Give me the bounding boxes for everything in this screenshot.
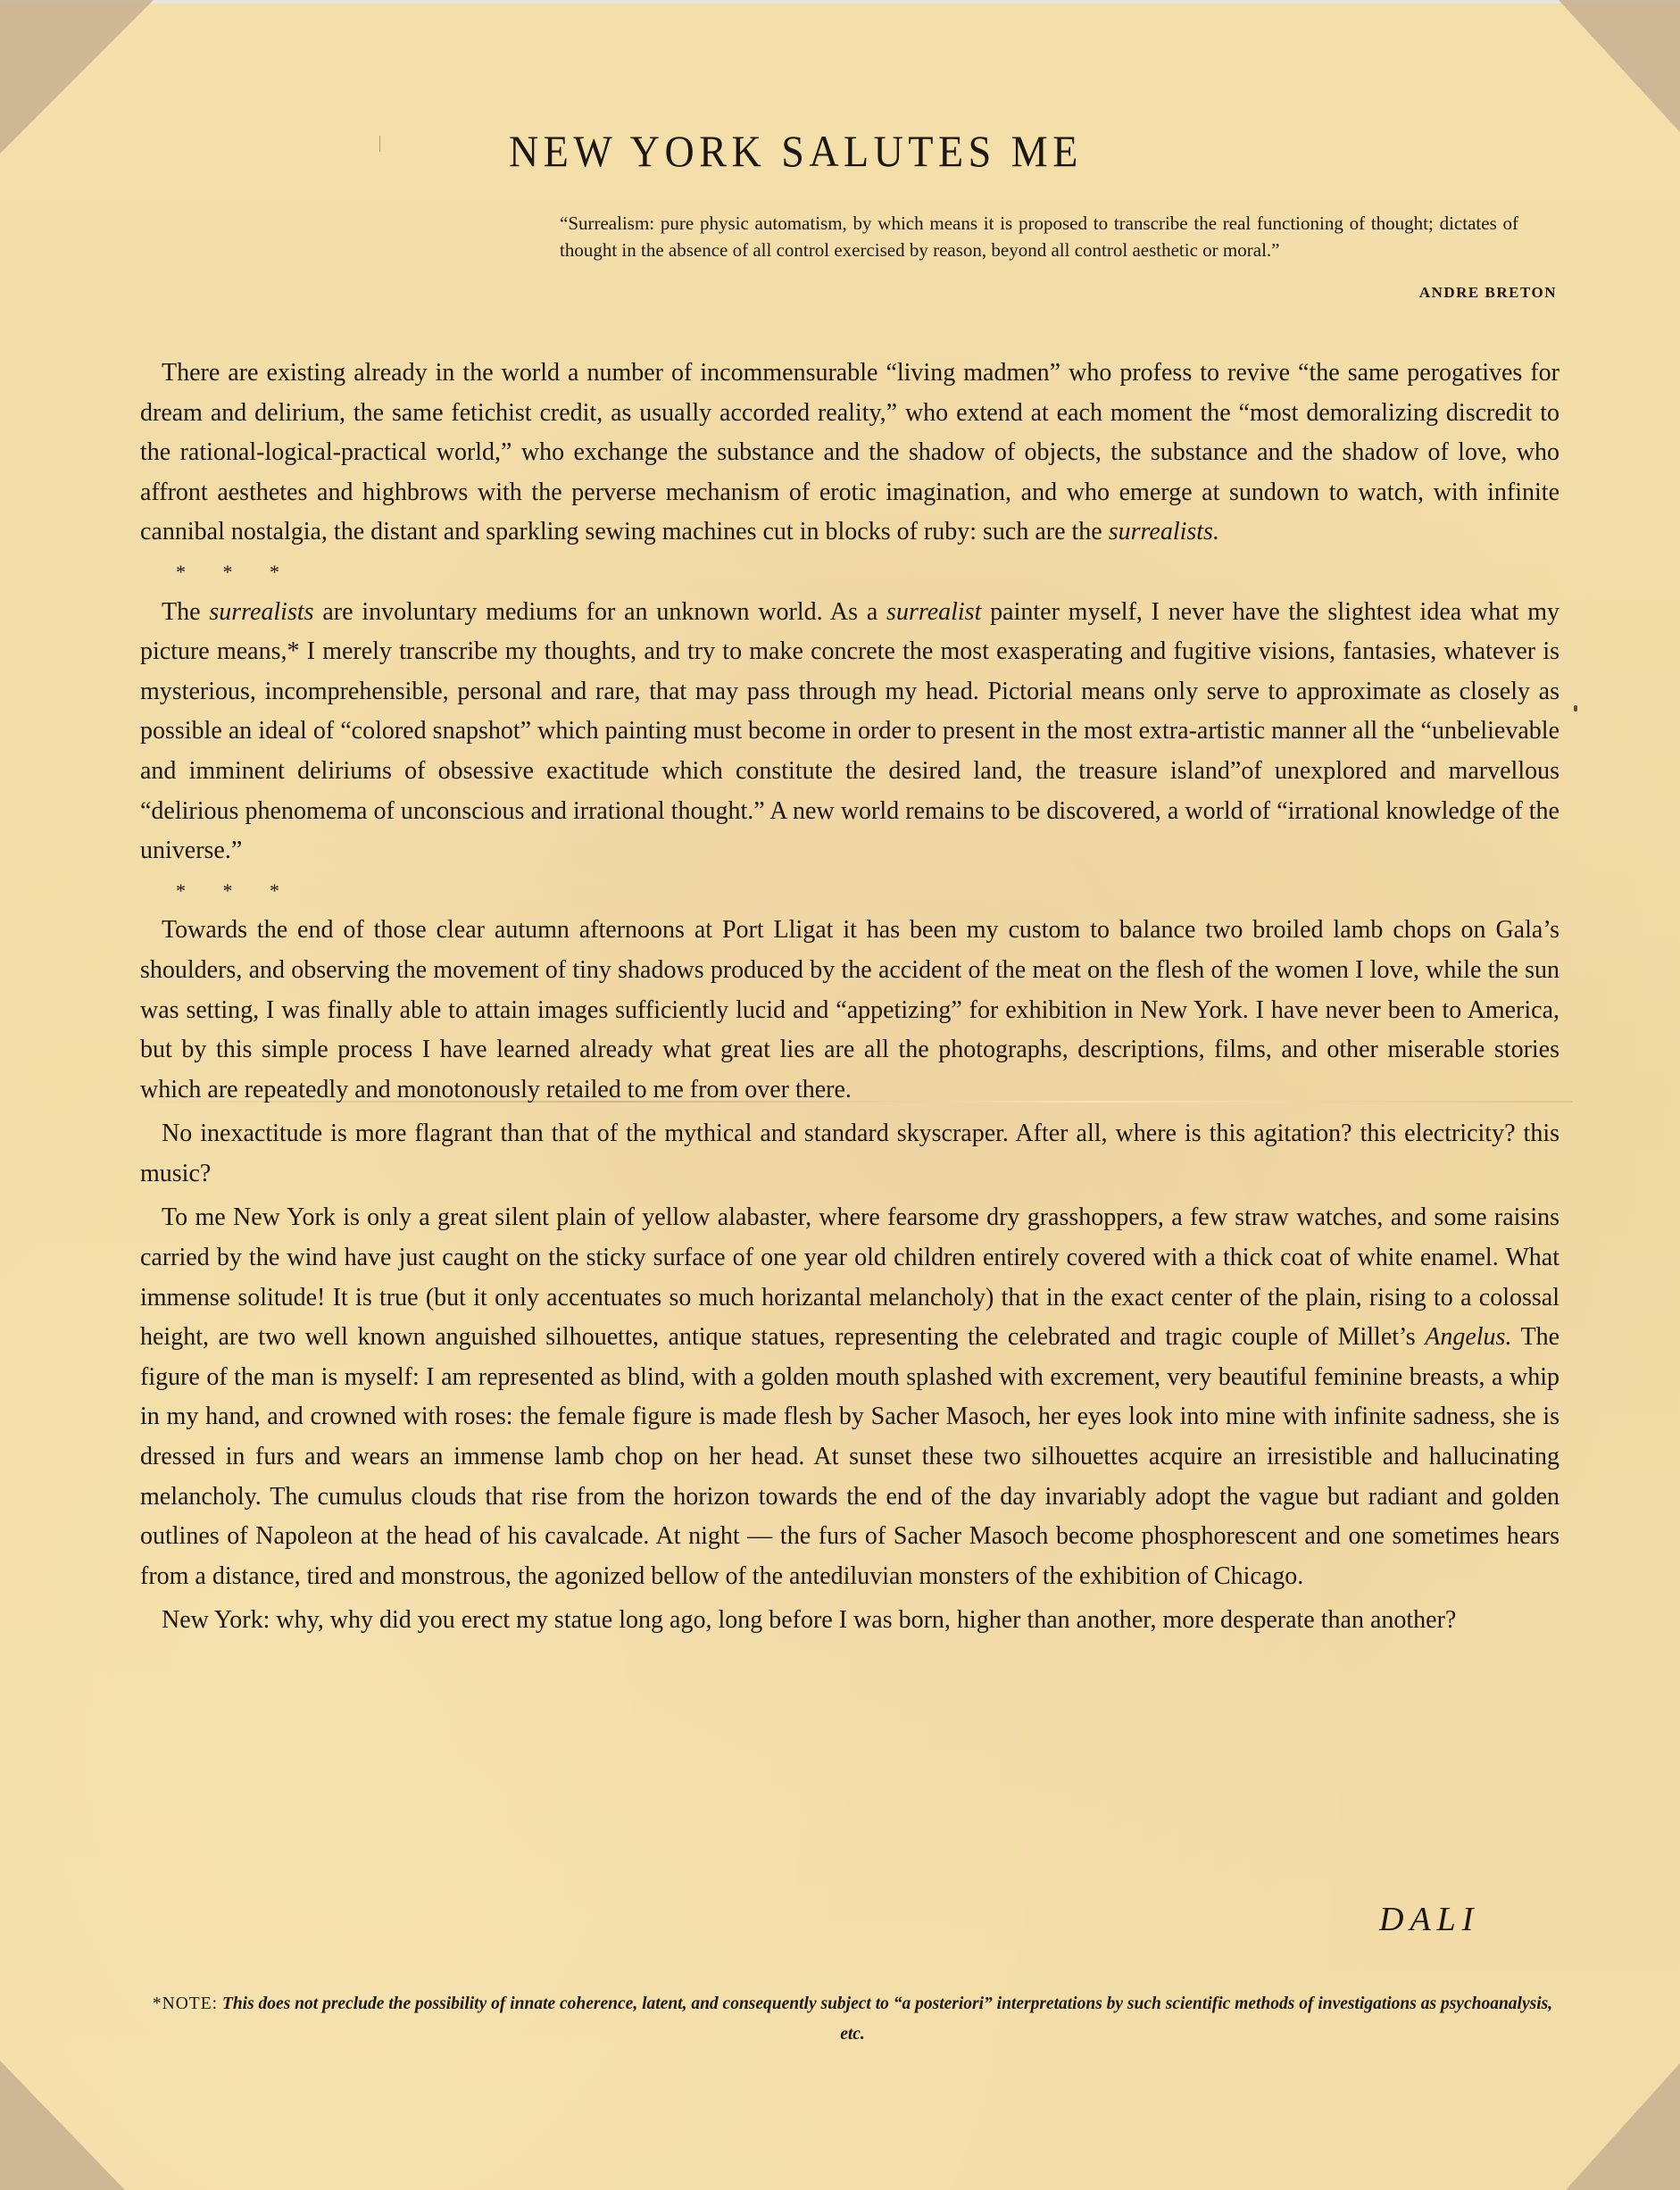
- italic-run: surrealist: [886, 598, 981, 626]
- text-run: painter myself, I never have the slighte…: [140, 598, 1559, 865]
- italic-run: surrealists.: [1109, 518, 1219, 545]
- epigraph-quote: “Surrealism: pure physic automatism, by …: [560, 210, 1518, 263]
- footnote: *NOTE: This does not preclude the possib…: [152, 1989, 1553, 2050]
- article-body: There are existing already in the world …: [140, 354, 1559, 1641]
- text-run: There are existing already in the world …: [140, 359, 1559, 545]
- text-run: The figure of the man is myself: I am re…: [140, 1323, 1559, 1590]
- text-run: Towards the end of those clear autumn af…: [140, 916, 1559, 1103]
- paragraph: Towards the end of those clear autumn af…: [140, 911, 1559, 1110]
- author-signature: DALI: [1379, 1900, 1479, 1939]
- section-separator: * * *: [140, 871, 1559, 912]
- epigraph-author: ANDRE BRETON: [1419, 284, 1557, 302]
- pencil-mark: [379, 136, 380, 152]
- text-run: No inexactitude is more flagrant than th…: [140, 1120, 1559, 1187]
- scan-top-edge: [0, 0, 1680, 4]
- text-run: are involuntary mediums for an unknown w…: [314, 598, 887, 626]
- italic-run: Angelus.: [1425, 1323, 1511, 1351]
- paragraph: No inexactitude is more flagrant than th…: [140, 1114, 1559, 1194]
- italic-run: surrealists: [209, 598, 313, 626]
- paragraph: New York: why, why did you erect my stat…: [140, 1601, 1559, 1641]
- paragraph: There are existing already in the world …: [140, 354, 1559, 553]
- text-run: The: [162, 598, 209, 626]
- footnote-text: This does not preclude the possibility o…: [222, 1994, 1552, 2044]
- page-title: NEW YORK SALUTES ME: [509, 125, 1166, 177]
- text-run: To me New York is only a great silent pl…: [140, 1203, 1559, 1351]
- ink-spot: [1574, 705, 1577, 712]
- paragraph: To me New York is only a great silent pl…: [140, 1198, 1559, 1596]
- footnote-lead: *NOTE:: [153, 1994, 218, 2013]
- text-run: New York: why, why did you erect my stat…: [162, 1606, 1456, 1634]
- section-separator: * * *: [140, 553, 1559, 593]
- paragraph: The surrealists are involuntary mediums …: [140, 593, 1559, 871]
